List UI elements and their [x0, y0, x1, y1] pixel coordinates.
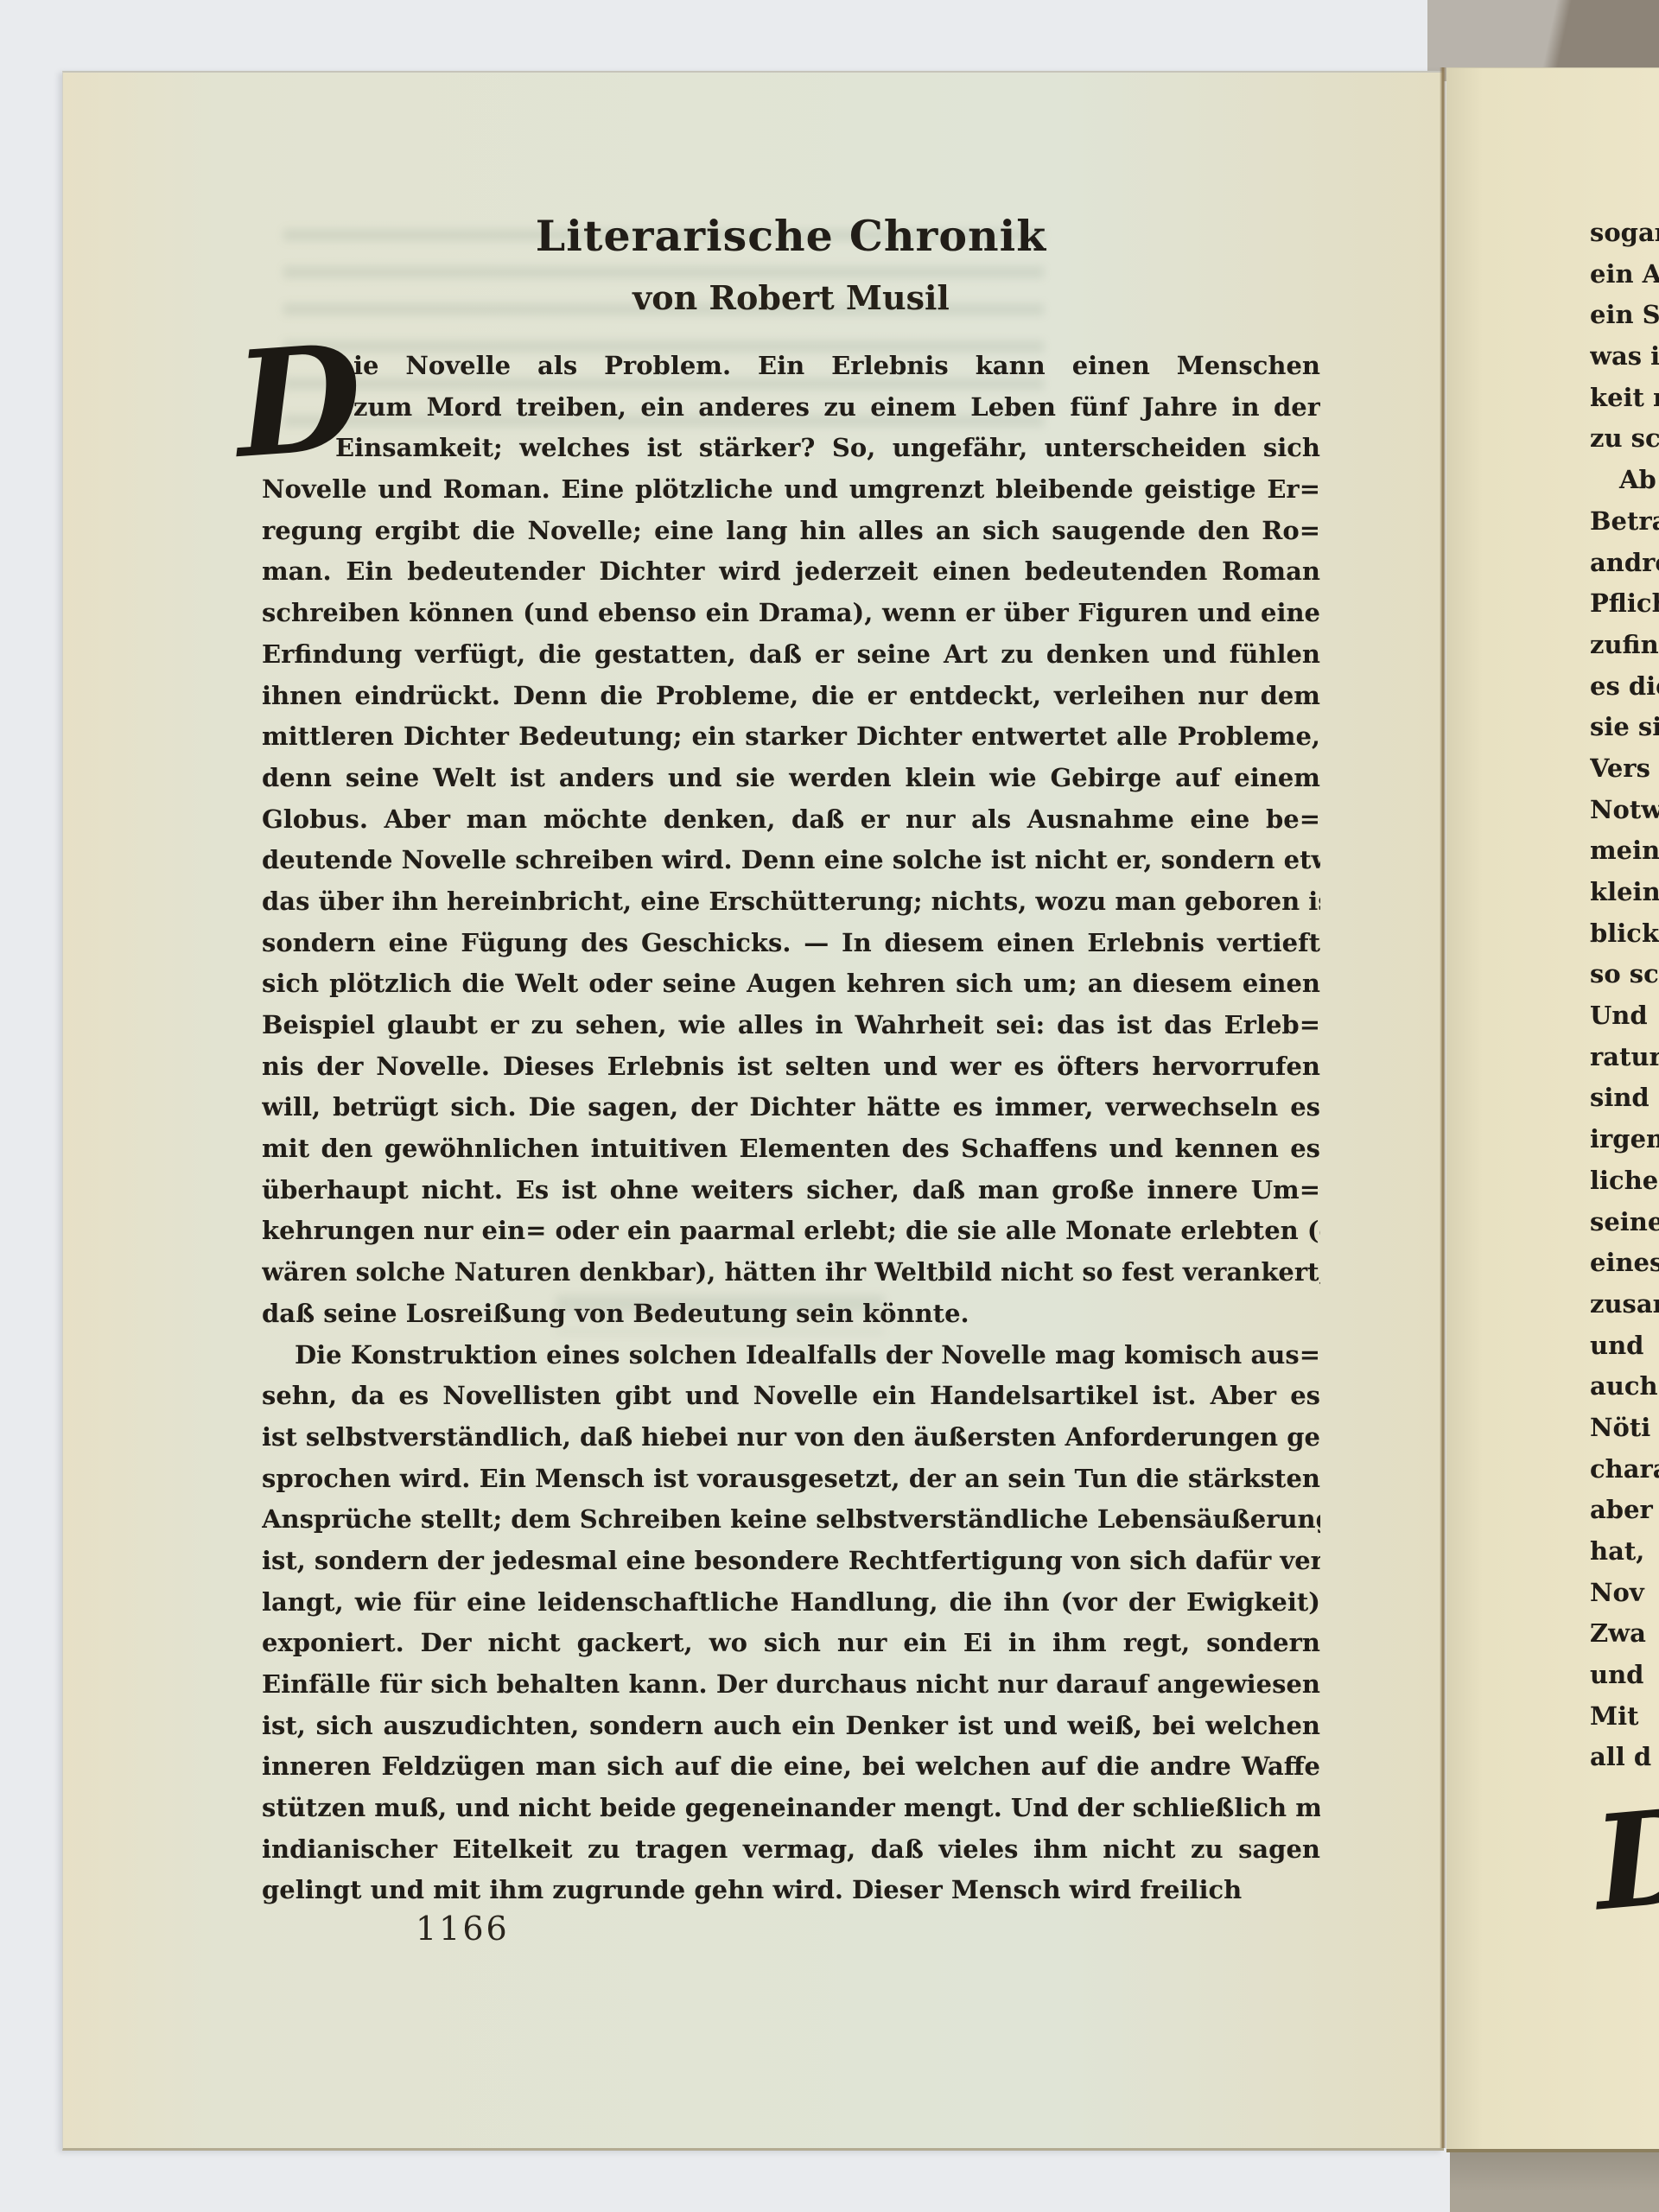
- right-fragment-line: hat,: [1590, 1531, 1659, 1573]
- body-line: gelingt und mit ihm zugrunde gehn wird. …: [262, 1870, 1320, 1911]
- right-fragment-line: sie sich: [1590, 707, 1659, 748]
- body-line: regung ergibt die Novelle; eine lang hin…: [262, 511, 1320, 552]
- right-fragment-line: liches: [1590, 1160, 1659, 1202]
- body-line: Erfindung verfügt, die gestatten, daß er…: [262, 634, 1320, 676]
- right-fragment-line: Ab: [1590, 460, 1659, 501]
- page-subtitle: von Robert Musil: [262, 278, 1320, 317]
- body-line: Einsamkeit; welches ist stärker? So, ung…: [335, 428, 1320, 469]
- body-line: ist selbstverständlich, daß hiebei nur v…: [262, 1417, 1320, 1459]
- body-line: schreiben können (und ebenso ein Drama),…: [262, 593, 1320, 634]
- right-fragment-line: blickt: [1590, 913, 1659, 955]
- right-fragment-line: aber: [1590, 1490, 1659, 1531]
- body-line: sich plötzlich die Welt oder seine Augen…: [262, 963, 1320, 1005]
- right-fragment-line: ratur: [1590, 1037, 1659, 1078]
- right-fragment-line: irgen: [1590, 1119, 1659, 1160]
- right-fragment-line: Notw: [1590, 790, 1659, 831]
- body-line: Globus. Aber man möchte denken, daß er n…: [262, 799, 1320, 841]
- body-text-column: ie Novelle als Problem. Ein Erlebnis kan…: [262, 346, 1320, 1911]
- body-line: zum Mord treiben, ein anderes zu einem L…: [353, 387, 1320, 429]
- body-line: Beispiel glaubt er zu sehen, wie alles i…: [262, 1005, 1320, 1046]
- body-line: sehn, da es Novellisten gibt und Novelle…: [262, 1376, 1320, 1417]
- body-line: indianischer Eitelkeit zu tragen vermag,…: [262, 1829, 1320, 1871]
- body-line: nis der Novelle. Dieses Erlebnis ist sel…: [262, 1046, 1320, 1088]
- right-fragment-line: chara: [1590, 1449, 1659, 1491]
- right-fragment-line: ein S: [1590, 295, 1659, 336]
- book-photo-backdrop: Literarische Chronik von Robert Musil D …: [0, 0, 1659, 2212]
- right-fragment-line: Nov: [1590, 1573, 1659, 1614]
- right-fragment-line: zusam: [1590, 1284, 1659, 1325]
- body-line: ie Novelle als Problem. Ein Erlebnis kan…: [353, 346, 1320, 387]
- right-fragment-line: keit n: [1590, 378, 1659, 419]
- body-line: Novelle und Roman. Eine plötzliche und u…: [262, 469, 1320, 511]
- right-fragment-line: es die: [1590, 666, 1659, 708]
- right-facing-page: sogarein Aein Swas ikeit nzu schAbBetraa…: [1446, 67, 1659, 2152]
- body-line: wären solche Naturen denkbar), hätten ih…: [262, 1252, 1320, 1294]
- body-line: das über ihn hereinbricht, eine Erschütt…: [262, 881, 1320, 923]
- right-fragment-line: andre: [1590, 543, 1659, 584]
- left-page: Literarische Chronik von Robert Musil D …: [62, 71, 1444, 2151]
- right-fragment-line: Zwa: [1590, 1613, 1659, 1655]
- body-line: kehrungen nur ein= oder ein paarmal erle…: [262, 1211, 1320, 1252]
- page-title: Literarische Chronik: [262, 211, 1320, 261]
- page-number: 1166: [416, 1910, 510, 1948]
- body-line: sondern eine Fügung des Geschicks. — In …: [262, 923, 1320, 964]
- gutter-fold: [1440, 67, 1446, 2148]
- right-fragment-line: all d: [1590, 1737, 1659, 1778]
- right-fragment-line: ein A: [1590, 254, 1659, 296]
- right-fragment-line: eines: [1590, 1243, 1659, 1284]
- body-line: Die Konstruktion eines solchen Idealfall…: [262, 1335, 1320, 1376]
- body-line: ist, sich auszudichten, sondern auch ein…: [262, 1706, 1320, 1747]
- body-line: denn seine Welt ist anders und sie werde…: [262, 758, 1320, 799]
- body-line: stützen muß, und nicht beide gegeneinand…: [262, 1788, 1320, 1829]
- right-fragment-line: kleine: [1590, 872, 1659, 913]
- body-line: sprochen wird. Ein Mensch ist vorausgese…: [262, 1459, 1320, 1500]
- right-fragment-line: Betra: [1590, 501, 1659, 543]
- body-line: deutende Novelle schreiben wird. Denn ei…: [262, 840, 1320, 881]
- right-fragment-line: was i: [1590, 336, 1659, 378]
- body-line: langt, wie für eine leidenschaftliche Ha…: [262, 1582, 1320, 1624]
- body-line: daß seine Losreißung von Bedeutung sein …: [262, 1294, 1320, 1335]
- right-fragment-line: Mit: [1590, 1696, 1659, 1738]
- body-line: ihnen eindrückt. Denn die Probleme, die …: [262, 676, 1320, 717]
- body-line: exponiert. Der nicht gackert, wo sich nu…: [262, 1623, 1320, 1664]
- right-fragment-line: Und: [1590, 995, 1659, 1037]
- right-fragment-line: sind: [1590, 1077, 1659, 1119]
- right-fragment-line: Pflich: [1590, 583, 1659, 625]
- right-fragment-line: zufind: [1590, 625, 1659, 666]
- body-line: ist, sondern der jedesmal eine besondere…: [262, 1541, 1320, 1582]
- right-fragment-line: sogar: [1590, 213, 1659, 254]
- body-line: will, betrügt sich. Die sagen, der Dicht…: [262, 1087, 1320, 1128]
- right-fragment-line: so sch: [1590, 954, 1659, 995]
- right-text-column: sogarein Aein Swas ikeit nzu schAbBetraa…: [1590, 213, 1659, 1778]
- body-line: Einfälle für sich behalten kann. Der dur…: [262, 1664, 1320, 1706]
- right-fragment-line: und: [1590, 1655, 1659, 1696]
- body-line: Ansprüche stellt; dem Schreiben keine se…: [262, 1499, 1320, 1541]
- right-fragment-line: meine: [1590, 830, 1659, 872]
- body-line: überhaupt nicht. Es ist ohne weiters sic…: [262, 1170, 1320, 1211]
- body-line: man. Ein bedeutender Dichter wird jederz…: [262, 551, 1320, 593]
- right-fragment-line: seines: [1590, 1202, 1659, 1243]
- right-drop-cap-initial: D: [1590, 1790, 1659, 1929]
- body-line: inneren Feldzügen man sich auf die eine,…: [262, 1746, 1320, 1788]
- right-fragment-line: auch: [1590, 1366, 1659, 1408]
- body-line: mittleren Dichter Bedeutung; ein starker…: [262, 716, 1320, 758]
- body-line: mit den gewöhnlichen intuitiven Elemente…: [262, 1128, 1320, 1170]
- right-fragment-line: Vers: [1590, 748, 1659, 790]
- right-fragment-line: Nöti: [1590, 1408, 1659, 1449]
- right-fragment-line: und: [1590, 1325, 1659, 1367]
- right-fragment-line: zu sch: [1590, 418, 1659, 460]
